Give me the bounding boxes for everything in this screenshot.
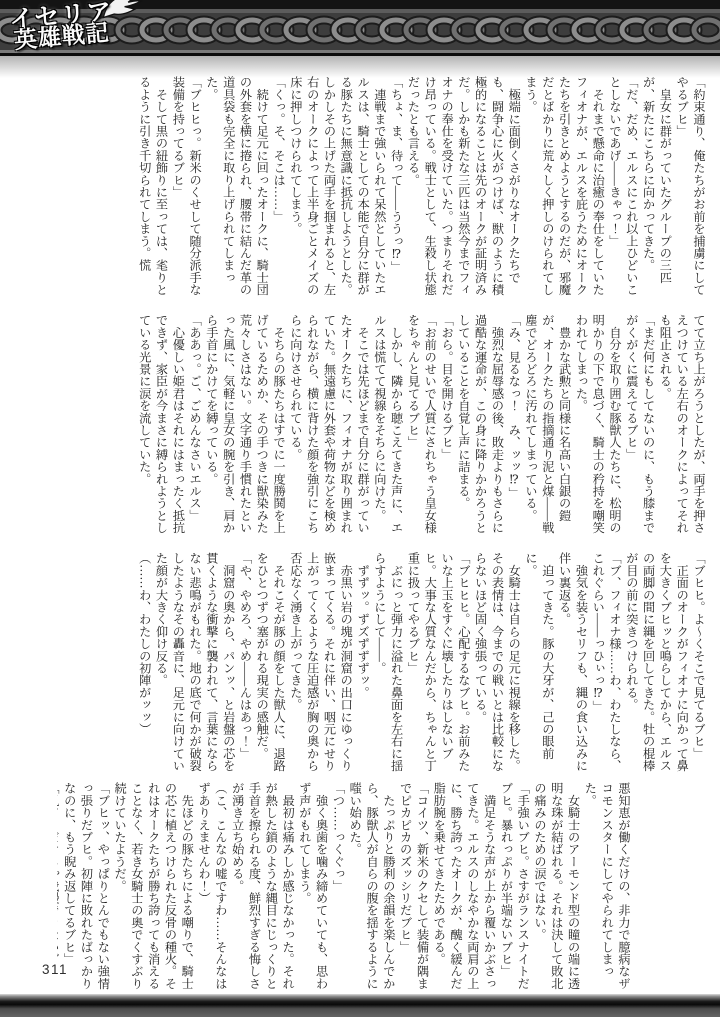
paragraph: 「つ……っくぐっ」 (330, 782, 347, 990)
paragraph: 皇女に群がっていたグループの三匹が、新たにこちらに向かってきた。 (640, 76, 674, 298)
paragraph: 「約束通り、俺たちがお前を捕虜にしてやるブヒ」 (673, 76, 707, 298)
paragraph: 「おら。目を開けるブヒ」 (438, 314, 455, 540)
text-band-3: 「ブヒヒ。よ〜くそこで見てるブヒ」 正面のオークがフィオナに向かって鼻を大きくブ… (57, 552, 707, 776)
paragraph: 正面のオークがフィオナに向かって鼻を大きくブヒッと鳴らしてから、エルスの両脚の間… (623, 552, 690, 776)
paragraph: 女騎士のアーモンド型の瞳の端に透明な珠が結ばれる。それは決して敗北の痛みのための… (531, 782, 581, 990)
text-band-2: てて立ち上がろうとしたが、両手を押さえつけている左右のオークによってそれも阻止さ… (57, 314, 707, 540)
paragraph: （こ、こんなの嘘ですわ……そんなはずありえませんわ！） (195, 782, 229, 990)
paragraph: 「ブヒヒ。よ〜くそこで見てるブヒ」 (690, 552, 707, 776)
paragraph: 極端に面倒くさがりなオークたちでも、闘争心に火がつけば、獣のように積極的になるこ… (405, 76, 523, 298)
paragraph: 「ブヒヒヒ。心配するなブヒ。お前みたいな上玉をすぐに壊したりはしないブヒ。大事な… (405, 552, 472, 776)
paragraph: 心優しい姫君はそれにはまったく抵抗できず、家臣が今まさに縛られようとしている光景… (136, 314, 186, 540)
paragraph: 「コイツ、新米のクセして装備が隅までピカピカのズッシリだブヒ」 (397, 782, 431, 990)
paragraph: 連戦まで強いられて呆然としていたエルスは、騎士としての本能で自分に群がる豚たちに… (287, 76, 388, 298)
text-band-4: 悪知恵が働くだけの、非力で臆病なザコモンスターにしてやられてしまった。 女騎士の… (57, 782, 632, 990)
paragraph: 「お前のせいで人質にされちゃう皇女様をちゃんと見てるブヒ」 (405, 314, 439, 540)
paragraph: 先ほどの豚たちによる嘲りで、騎士の芯に植えつけられた反骨の種火。それはオークたち… (111, 782, 195, 990)
paragraph: 「手強いブヒ。さすがランスナイトだブヒ。暴れっぷりが半端ないブヒ」 (498, 782, 532, 990)
paragraph: 最初は痛みしか感じなかった。それが熱した鎖のような縄目にじっくりと手首を擦られる… (229, 782, 296, 990)
paragraph: そこでは先ほどまで自分に群がっていたオークたちに、フィオナが取り囲まれていた。無… (287, 314, 371, 540)
paragraph: ぶにっと弾力に溢れた鼻面を左右に揺らすようにして――。 (371, 552, 405, 776)
header-fade (0, 56, 720, 78)
paragraph: 「ちょ、ま、待って――ううっ⁉」 (388, 76, 405, 298)
paragraph: 「だ、だめ、エルスにこれ以上ひどいことしないであげ――きゃっ！」 (606, 76, 640, 298)
paragraph: 赤黒い岩の塊が洞窟の出口にゆっくり嵌まってくる。それに伴い、咽元にせり上がってく… (287, 552, 354, 776)
paragraph: しかし、隣から聴こえてきた声に、エルスは慌てて視線をそちらに向けた。 (371, 314, 405, 540)
paragraph: 悪知恵が働くだけの、非力で臆病なザコモンスターにしてやられてしまった。 (582, 782, 632, 990)
paragraph: 「ああっ。ご、ごめんなさいエルス」 (186, 314, 203, 540)
paragraph: それまで懸命に治癒の奉仕をしていたフィオナが、エルスを庇うためにオークたちを引き… (522, 76, 606, 298)
paragraph: 満足そうな声が上から覆いかぶさってきた。エルスのしなやかな両肩の上に、勝ち誇った… (430, 782, 497, 990)
paragraph: 「ブヒヒっ。新米のくせして随分派手な装備を持ってるブヒ」 (170, 76, 204, 298)
paragraph: たっぷりと勝利の余韻を楽しんでから、豚獣人が自らの腹を揺するように嗤い始めた。 (346, 782, 396, 990)
paragraph: 強烈な屈辱感の後、敗走よりもさらに過酷な運命が、この身に降りかかろうとしているこ… (455, 314, 505, 540)
book-page: イセリア 英雄戦記 「約束通り、俺たちがお前を捕虜にしてやるブヒ」 皇女に群がっ… (0, 0, 720, 1017)
paragraph: （……わ、わたしの初陣がッッ） (136, 552, 153, 776)
paragraph: 「み、見るなっ！ み、ッッ⁉」 (505, 314, 522, 540)
paragraph: 「ブ、フィオナ様……わ、わたしなら、これぐらい――っひぃっ⁉」 (589, 552, 623, 776)
paragraph: 強気を装うセリフも、縄の食い込みに伴い裏返る。 (556, 552, 590, 776)
paragraph: 続けて足元に回ったオークに、騎士団の外套を横に捲られ、腰帯に結んだ革の道具袋も完… (203, 76, 270, 298)
paragraph: それこそが豚の顔をした獣人に、退路をひとつずつ塞がれる現実の感触だ。 (253, 552, 287, 776)
page-footer (0, 994, 720, 1017)
paragraph: 洞窟の奥から、パンッ、と岩盤の芯を貫くような衝撃に襲われて、言葉にならない悲鳴が… (153, 552, 237, 776)
paragraph: 「くっ。そ、そこは……」 (270, 76, 287, 298)
paragraph: 豊かな武勲と同様に名高い白銀の鎧が、オークたちの指摘通り泥と煤――戦塵でどろどろ… (522, 314, 572, 540)
paragraph: ずずッ。ずズずずずッ。 (354, 552, 371, 776)
page-number: 311 (42, 962, 68, 977)
paragraph: そして黒の紐飾りに至っては、毟りとるように引き千切られてしまう。慌 (136, 76, 170, 298)
paragraph: 「ブヒッ、やっぱりとんでもない強情っ張りだブヒ。初陣に敗れたばっかりなのに、もう… (61, 782, 111, 990)
paragraph: 「まだ何にもしてないのに、もう膝までがくがくに震えてるブヒ」 (623, 314, 657, 540)
paragraph: 「見てるだけじゃ我慢できないブヒ」 (57, 782, 61, 990)
paragraph: 女騎士は自らの足元に視線を移した。その表情は、今までの戦いとは比較にならないほど… (472, 552, 522, 776)
paragraph: 「や、やめろ、やめ――んはあっ！」 (237, 552, 254, 776)
page-header: イセリア 英雄戦記 (0, 0, 720, 56)
paragraph: 強く奥歯を噛み締めていても、思わず声がもれてしまう。 (296, 782, 330, 990)
paragraph: 自分を取り囲む豚獣人たちに、松明の明かりの下で息づく、騎士の矜持を嘲笑われてしま… (573, 314, 623, 540)
text-band-1: 「約束通り、俺たちがお前を捕虜にしてやるブヒ」 皇女に群がっていたグループの三匹… (57, 76, 707, 298)
paragraph: 迫ってきた。豚の大牙が、己の眼前に。 (522, 552, 556, 776)
paragraph: そちらの豚たちはすでに一度勝鬨を上げているためか、その手つきに獣染みた荒々しさは… (203, 314, 287, 540)
paragraph: てて立ち上がろうとしたが、両手を押さえつけている左右のオークによってそれも阻止さ… (657, 314, 707, 540)
